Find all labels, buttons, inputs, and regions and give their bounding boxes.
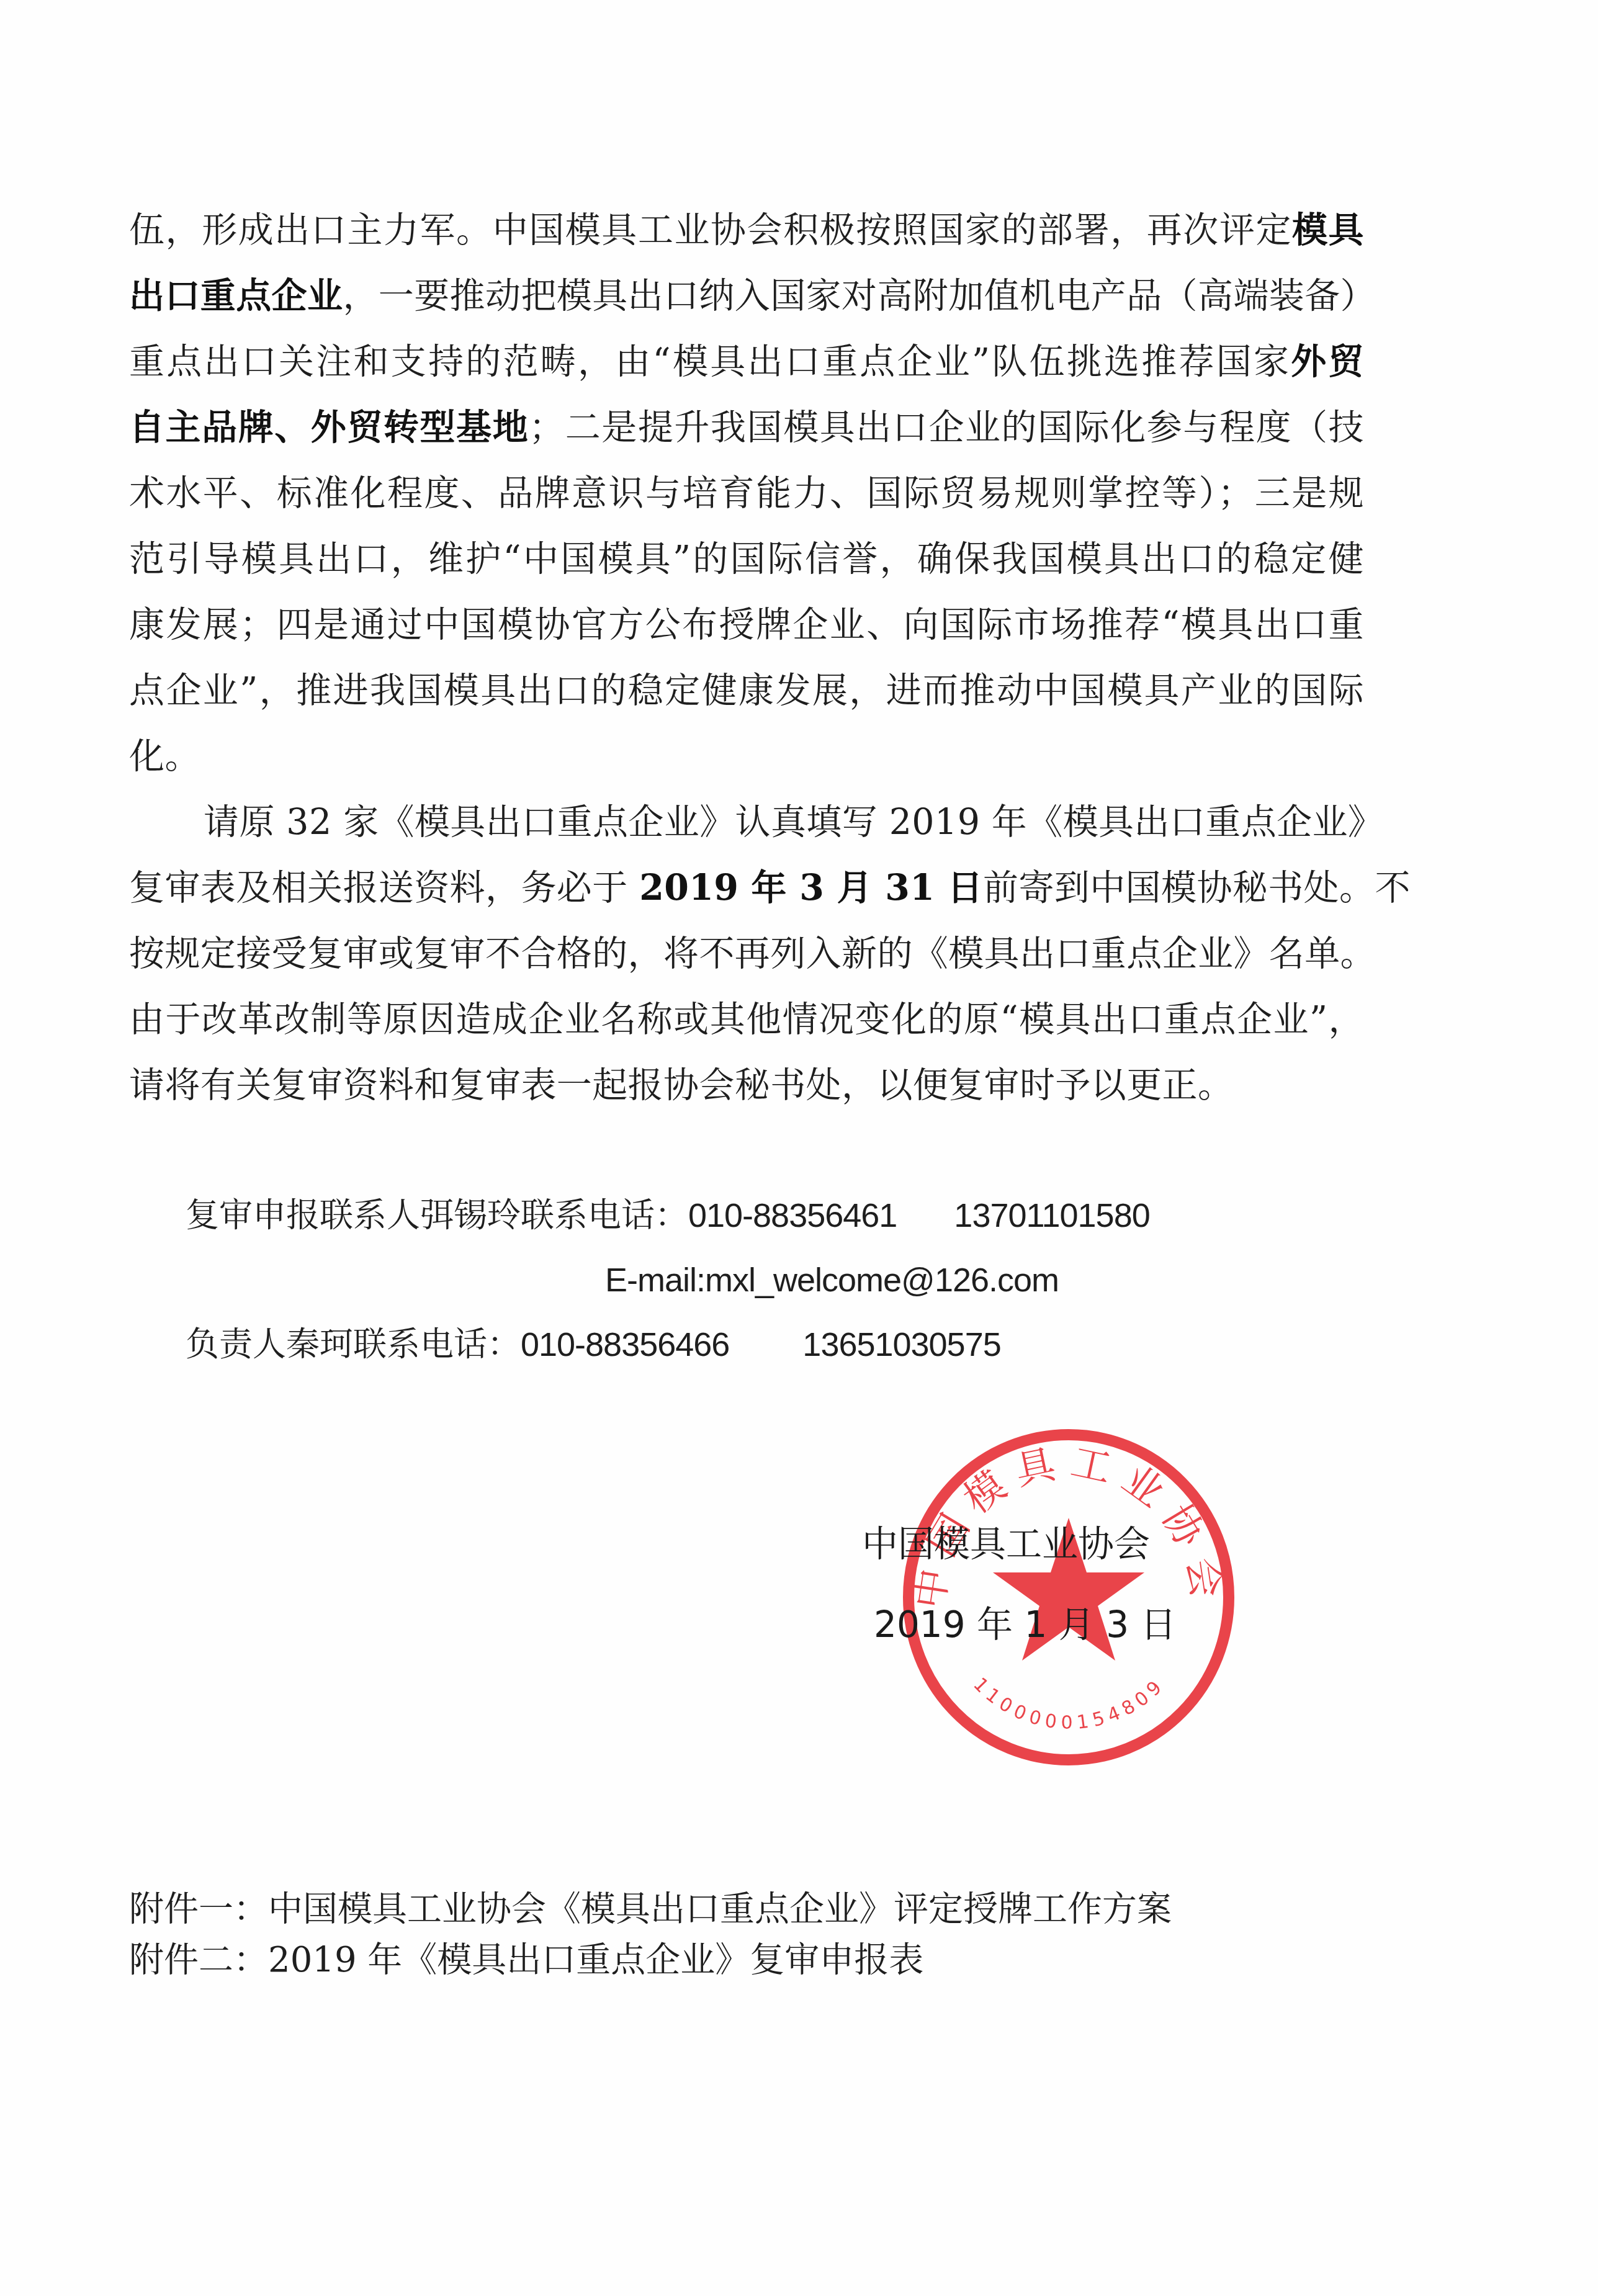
- email-address: E-mail:mxl_welcome@126.com: [605, 1262, 1059, 1299]
- text-line: 出口重点企业，一要推动把模具出口纳入国家对高附加值机电产品（高端装备）: [129, 274, 1364, 318]
- text-segment: ；二是提升我国模具出口企业的国际化参与程度（技: [529, 407, 1364, 448]
- text-segment: 按规定接受复审或复审不合格的，将不再列入新的《模具出口重点企业》名单。: [129, 933, 1376, 974]
- document-page: 伍，形成出口主力军。中国模具工业协会积极按照国家的部署，再次评定模具出口重点企业…: [0, 0, 1598, 2296]
- bold-text: 2019 年 3 月 31 日: [639, 867, 983, 908]
- text-segment: 请原 32 家《模具出口重点企业》认真填写 2019 年《模具出口重点企业》: [204, 802, 1383, 843]
- bold-text: 自主品牌、外贸转型基地: [129, 406, 529, 448]
- text-segment: 复审表及相关报送资料，务必于: [129, 868, 639, 908]
- lead-phone: 010-88356466: [521, 1326, 729, 1363]
- svg-text:1100000154809: 1100000154809: [969, 1674, 1169, 1734]
- text-line: 化。: [129, 735, 200, 778]
- review-phone: 010-88356461: [688, 1197, 897, 1234]
- text-segment: 前寄到中国模协秘书处。不: [983, 868, 1411, 908]
- text-line: 请原 32 家《模具出口重点企业》认真填写 2019 年《模具出口重点企业》: [204, 800, 1364, 844]
- text-segment: 重点出口关注和支持的范畴，由“模具出口重点企业”队伍挑选推荐国家: [129, 341, 1291, 382]
- attachment-1: 附件一：中国模具工业协会《模具出口重点企业》评定授牌工作方案: [129, 1888, 1172, 1931]
- text-line: 范引导模具出口，维护“中国模具”的国际信誉，确保我国模具出口的稳定健: [129, 537, 1364, 581]
- text-segment: 康发展；四是通过中国模协官方公布授牌企业、向国际市场推荐“模具出口重: [129, 604, 1364, 645]
- attachment-2: 附件二：2019 年《模具出口重点企业》复审申报表: [129, 1939, 923, 1982]
- text-line: 由于改革改制等原因造成企业名称或其他情况变化的原“模具出口重点企业”，: [129, 998, 1364, 1041]
- text-segment: 点企业”，推进我国模具出口的稳定健康发展，进而推动中国模具产业的国际: [129, 670, 1364, 711]
- signature-date: 2019 年 1 月 3 日: [874, 1602, 1177, 1647]
- lead-contact-label: 负责人秦珂联系电话：: [186, 1325, 521, 1364]
- lead-contact-line: 负责人秦珂联系电话：010-8835646613651030575: [186, 1323, 1001, 1366]
- review-contact-label: 复审申报联系人弭锡玲联系电话：: [186, 1196, 688, 1235]
- bold-text: 外贸: [1291, 341, 1364, 382]
- text-line: 伍，形成出口主力军。中国模具工业协会积极按照国家的部署，再次评定模具: [129, 209, 1364, 252]
- lead-mobile: 13651030575: [802, 1326, 1000, 1363]
- email-line: E-mail:mxl_welcome@126.com: [605, 1258, 1059, 1302]
- bold-text: 出口重点企业: [129, 275, 343, 316]
- text-line: 自主品牌、外贸转型基地；二是提升我国模具出口企业的国际化参与程度（技: [129, 406, 1364, 449]
- text-line: 术水平、标准化程度、品牌意识与培育能力、国际贸易规则掌控等）；三是规: [129, 472, 1364, 515]
- text-segment: 请将有关复审资料和复审表一起报协会秘书处，以便复审时予以更正。: [129, 1065, 1233, 1106]
- text-line: 按规定接受复审或复审不合格的，将不再列入新的《模具出口重点企业》名单。: [129, 932, 1364, 975]
- text-segment: 范引导模具出口，维护“中国模具”的国际信誉，确保我国模具出口的稳定健: [129, 539, 1364, 580]
- text-segment: 由于改革改制等原因造成企业名称或其他情况变化的原“模具出口重点企业”，: [129, 999, 1364, 1040]
- text-line: 重点出口关注和支持的范畴，由“模具出口重点企业”队伍挑选推荐国家外贸: [129, 340, 1364, 383]
- official-seal-stamp: 中国模具工业协会 1100000154809: [899, 1425, 1239, 1770]
- text-segment: 伍，形成出口主力军。中国模具工业协会积极按照国家的部署，再次评定: [129, 210, 1292, 251]
- review-contact-line: 复审申报联系人弭锡玲联系电话：010-8835646113701101580: [186, 1194, 1150, 1237]
- text-segment: 术水平、标准化程度、品牌意识与培育能力、国际贸易规则掌控等）；三是规: [129, 473, 1364, 514]
- bold-text: 模具: [1292, 209, 1364, 251]
- text-segment: ，一要推动把模具出口纳入国家对高附加值机电产品（高端装备）: [343, 276, 1376, 316]
- text-segment: 化。: [129, 736, 200, 777]
- text-line: 康发展；四是通过中国模协官方公布授牌企业、向国际市场推荐“模具出口重: [129, 603, 1364, 647]
- signature-organization: 中国模具工业协会: [862, 1522, 1150, 1566]
- text-line: 复审表及相关报送资料，务必于 2019 年 3 月 31 日前寄到中国模协秘书处…: [129, 866, 1364, 910]
- text-line: 请将有关复审资料和复审表一起报协会秘书处，以便复审时予以更正。: [129, 1064, 1233, 1107]
- review-mobile: 13701101580: [954, 1197, 1149, 1234]
- text-line: 点企业”，推进我国模具出口的稳定健康发展，进而推动中国模具产业的国际: [129, 669, 1364, 712]
